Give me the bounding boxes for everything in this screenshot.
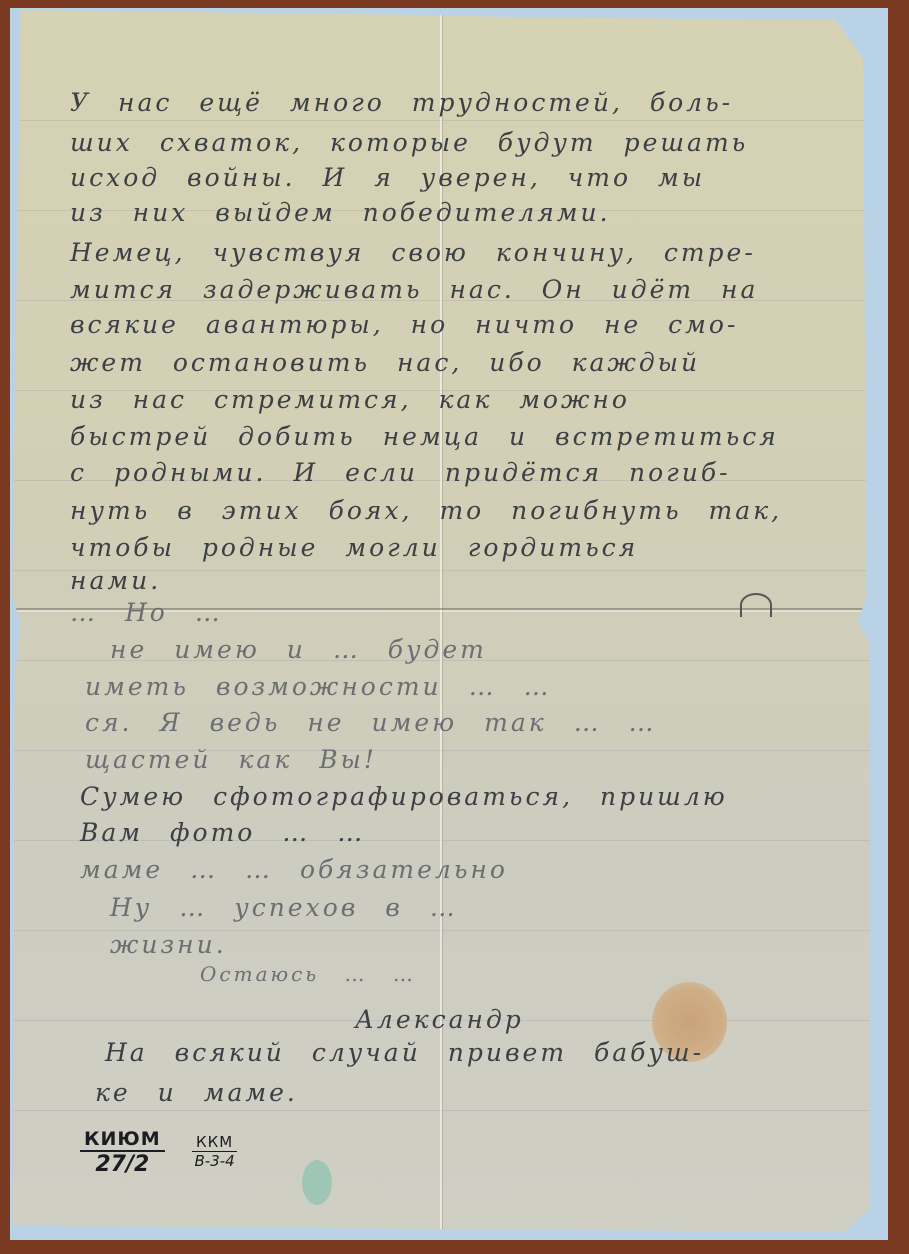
letter-line: ке и маме. <box>95 1078 298 1107</box>
archive-stamp-number: В-3-4 <box>192 1152 237 1170</box>
archive-stamp-kkm: ККМ В-3-4 <box>192 1133 237 1170</box>
letter-line: Ну … успехов в … <box>110 893 458 922</box>
archive-stamp-number: 27/2 <box>80 1152 165 1177</box>
letter-line: ся. Я ведь не имею так … … <box>85 708 657 737</box>
letter-line: маме … … обязательно <box>80 855 508 884</box>
letter-line: У нас ещё много трудностей, боль- <box>70 88 733 117</box>
letter-line: нами. <box>70 566 161 595</box>
letter-line: всякие авантюры, но ничто не смо- <box>70 310 738 339</box>
letter-line: щастей как Вы! <box>85 745 377 774</box>
letter-line: … Но … <box>70 598 223 627</box>
doodle-mark <box>740 593 772 617</box>
letter-line: чтобы родные могли гордиться <box>70 533 638 562</box>
green-ink-mark <box>302 1160 332 1205</box>
letter-line: ших схваток, которые будут решать <box>70 128 748 157</box>
signature: Александр <box>355 1005 524 1034</box>
letter-line: Сумею сфотографироваться, пришлю <box>80 782 728 811</box>
letter-line: жизни. <box>110 930 227 959</box>
archive-stamp-kiyum: КИЮМ 27/2 <box>80 1128 165 1177</box>
letter-line: нуть в этих боях, то погибнуть так, <box>70 496 782 525</box>
letter-line: мится задерживать нас. Он идёт на <box>70 275 758 304</box>
archive-stamp-code: ККМ <box>192 1133 237 1152</box>
letter-line: исход войны. И я уверен, что мы <box>70 163 705 192</box>
archive-stamp-code: КИЮМ <box>80 1128 165 1152</box>
letter-line: Вам фото … … <box>80 818 365 847</box>
letter-line: жет остановить нас, ибо каждый <box>70 348 700 377</box>
letter-line: не имею и … будет <box>110 635 487 664</box>
letter-line: На всякий случай привет бабуш- <box>105 1038 704 1067</box>
letter-line: из нас стремится, как можно <box>70 385 630 414</box>
letter-line: быстрей добить немца и встретиться <box>70 422 779 451</box>
letter-line: Остаюсь … … <box>200 962 416 986</box>
letter-line: из них выйдем победителями. <box>70 198 611 227</box>
letter-line: иметь возможности … … <box>85 672 552 701</box>
letter-line: с родными. И если придётся погиб- <box>70 458 731 487</box>
letter-line: Немец, чувствуя свою кончину, стре- <box>70 238 756 267</box>
